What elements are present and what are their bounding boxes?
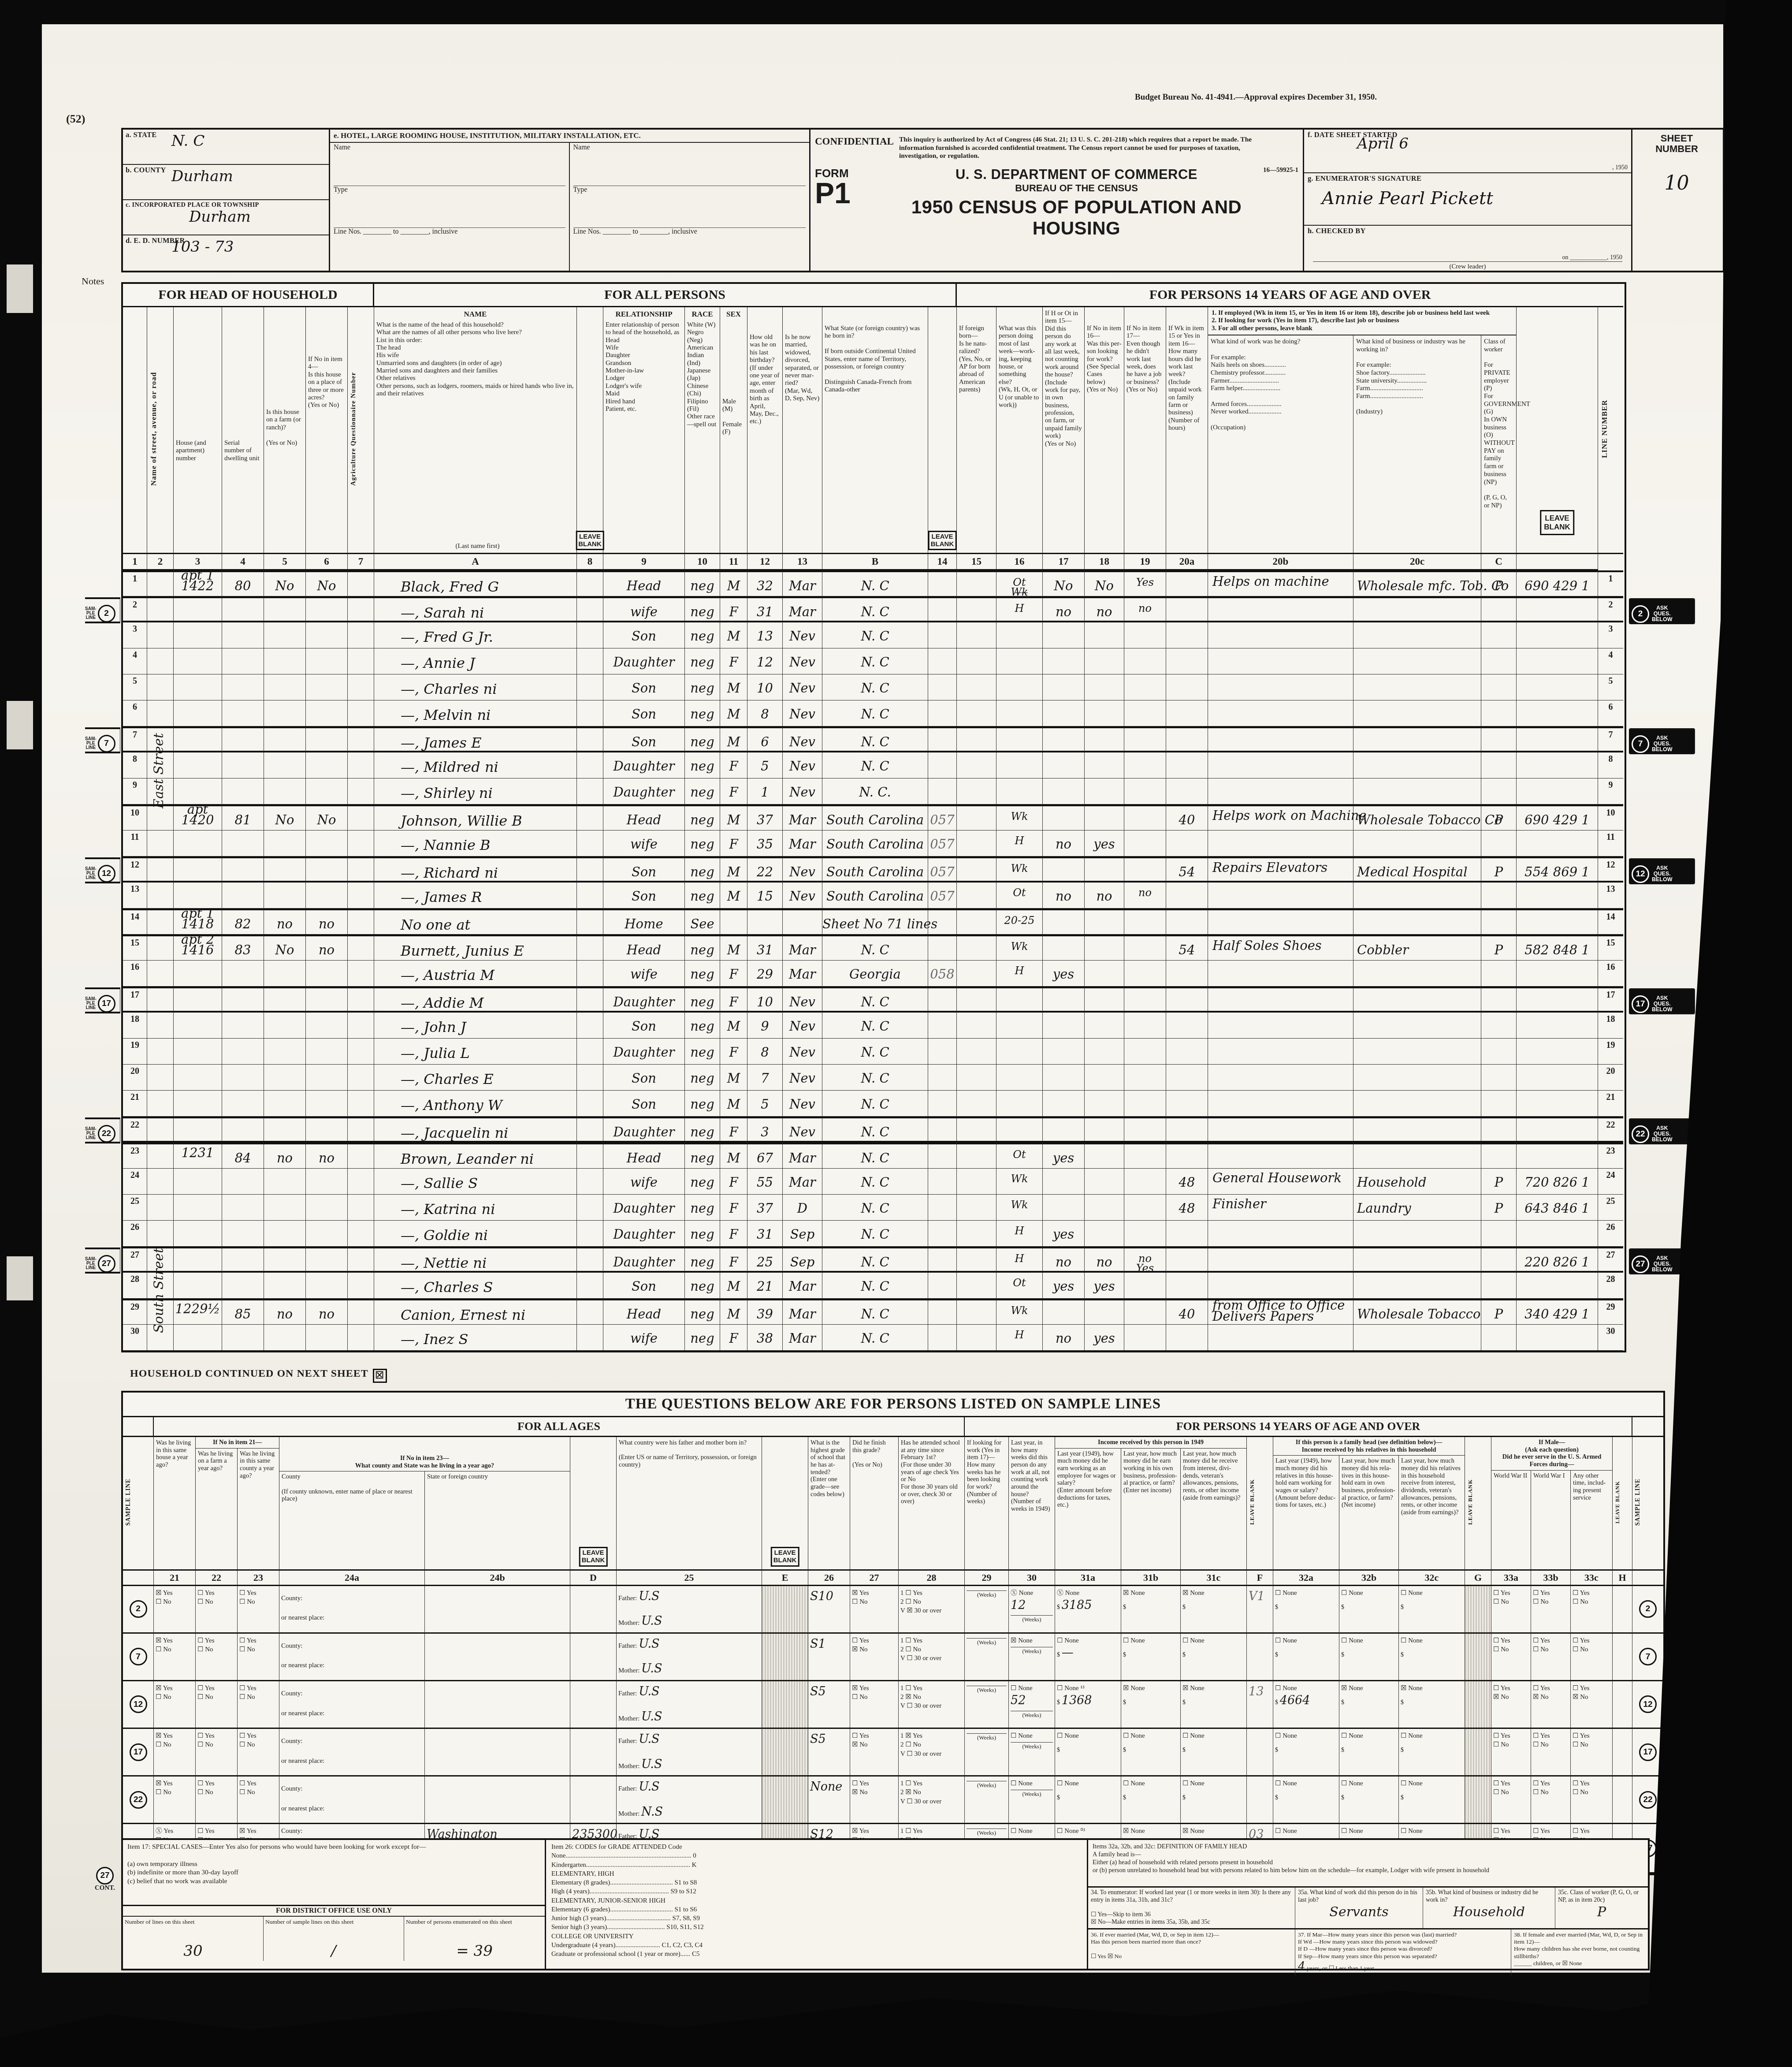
relationship-cell: Daughter	[603, 1117, 685, 1143]
s32c-cell: ☐ None$	[1399, 1729, 1465, 1777]
doing-cell: Ot W̶k̶	[996, 570, 1043, 596]
relationship-cell: Son	[603, 1273, 685, 1299]
leave-blank-b-cell: 057	[928, 804, 957, 831]
sE-cell	[762, 1777, 808, 1824]
sample-badge-left: 2	[123, 1586, 154, 1634]
column-number: 5	[264, 554, 306, 570]
office-code-cell: 643 846 1	[1517, 1195, 1598, 1221]
s23-cell: ☐ Yes ☐ No	[238, 1681, 279, 1729]
s30-cell: Ⓧ None12(Weeks)	[1009, 1586, 1055, 1634]
hasjob-cell	[1124, 1299, 1166, 1325]
industry-cell	[1353, 1221, 1481, 1247]
hours-cell	[1166, 622, 1208, 648]
sex-cell: F	[720, 1117, 747, 1143]
occupation-cell	[1208, 961, 1353, 987]
office-code-cell	[1517, 674, 1598, 700]
doing-cell	[996, 1013, 1043, 1039]
age-cell: 39	[747, 1299, 783, 1325]
agri-cell	[348, 596, 374, 622]
looking-cell	[1085, 1117, 1124, 1143]
ask-ques-number: 17	[1632, 995, 1649, 1013]
birthplace-cell: N. C	[822, 622, 928, 648]
line-number-left: 15	[123, 935, 147, 961]
doing-cell	[996, 778, 1043, 804]
sex-cell: M	[720, 857, 747, 883]
col-19: If Wk in item 15 or Yes in item 16— How …	[1166, 307, 1208, 554]
race-cell: neg	[685, 1039, 720, 1065]
looking-cell	[1085, 804, 1124, 831]
age-cell: 55	[747, 1169, 783, 1195]
hasjob-cell	[1124, 1013, 1166, 1039]
name-cell: No one at	[374, 909, 577, 935]
class-cell	[1481, 1221, 1517, 1247]
notes-label: Notes	[82, 276, 104, 287]
agri-cell	[348, 857, 374, 883]
column-number: 14	[928, 554, 957, 570]
leave-blank-a-cell	[577, 1325, 603, 1351]
sex-cell: M	[720, 726, 747, 752]
birthplace-cell: N. C	[822, 1013, 928, 1039]
marital-cell: Mar	[783, 1325, 822, 1351]
line-number-right: 29	[1598, 1299, 1623, 1325]
office-code-cell	[1517, 622, 1598, 648]
relationship-cell: Daughter	[603, 752, 685, 778]
scol-27: Did he finish this grade? (Yes or No)	[850, 1437, 899, 1571]
occupation-cell	[1208, 1273, 1353, 1299]
leave-blank-a-cell	[577, 700, 603, 726]
section-for-all-ages: FOR ALL AGES	[154, 1417, 965, 1437]
column-number: 15	[957, 554, 996, 570]
farm-cell	[264, 1039, 306, 1065]
agri-cell	[348, 883, 374, 909]
special-cases-note: Item 17: SPECIAL CASES—Enter Yes also fo…	[123, 1840, 545, 1906]
class-cell	[1481, 674, 1517, 700]
acres-cell	[306, 831, 348, 857]
naturalized-cell	[957, 883, 996, 909]
marital-cell: Nev	[783, 700, 822, 726]
col-C: LEAVE BLANK	[1517, 307, 1598, 554]
acres-cell	[306, 596, 348, 622]
street-cell	[147, 987, 174, 1013]
name-cell: —, Austria M	[374, 961, 577, 987]
street-cell	[147, 648, 174, 674]
office-code-cell	[1517, 726, 1598, 752]
name-cell: —, Sarah ni	[374, 596, 577, 622]
naturalized-cell	[957, 622, 996, 648]
sH-cell	[1613, 1777, 1632, 1824]
relationship-cell: wife	[603, 831, 685, 857]
hotel-type-label: Type	[334, 186, 565, 228]
leave-blank-a-cell	[577, 831, 603, 857]
relationship-cell: Son	[603, 1013, 685, 1039]
table-row: 14 apt 11418 82 no no No one at Home See…	[123, 909, 1625, 935]
item-35c: 35c. Class of worker (P, G, O, or NP, as…	[1555, 1888, 1648, 1928]
farm-cell	[264, 1117, 306, 1143]
section-titles: FOR HEAD OF HOUSEHOLD FOR ALL PERSONS FO…	[123, 284, 1625, 307]
age-cell: 38	[747, 1325, 783, 1351]
occupation-cell	[1208, 831, 1353, 857]
looking-cell	[1085, 1299, 1124, 1325]
date-value: April 6	[1357, 135, 1409, 153]
s22-cell: ☐ Yes ☐ No	[196, 1729, 238, 1777]
sex-cell: F	[720, 961, 747, 987]
leave-blank-a-cell	[577, 1039, 603, 1065]
col-17: If No in item 16— Was this per­son look­…	[1085, 307, 1124, 554]
occupation-cell: Helps on machine	[1208, 570, 1353, 596]
name-cell: —, Nettie ni	[374, 1247, 577, 1273]
sH-cell	[1613, 1586, 1632, 1634]
doing-cell: Wk	[996, 935, 1043, 961]
ask-ques-number: 2	[1632, 605, 1649, 623]
s32a-cell: ☐ None$	[1273, 1729, 1339, 1777]
age-cell: 6	[747, 726, 783, 752]
line-number-left: 14	[123, 909, 147, 935]
s25-cell: Father: U.S Mother: N.S	[617, 1777, 762, 1824]
col-line-right: LINE NUMBER	[1598, 307, 1623, 554]
hours-cell	[1166, 700, 1208, 726]
race-cell: neg	[685, 935, 720, 961]
leave-blank-b-cell	[928, 987, 957, 1013]
line-number-right: 8	[1598, 752, 1623, 778]
line-number-right: 22	[1598, 1117, 1623, 1143]
table-row: 23 1231 84 no no Brown, Leander ni Head …	[123, 1143, 1625, 1169]
hasjob-cell	[1124, 1091, 1166, 1117]
agri-cell	[348, 961, 374, 987]
table-row: 17 —, Addie M Daughter neg F 10 Nev N. C	[123, 987, 1625, 1013]
birthplace-cell: Sheet No 71 lines	[822, 909, 928, 935]
name-cell: Canion, Ernest ni	[374, 1299, 577, 1325]
relationship-cell: Daughter	[603, 1195, 685, 1221]
section-14-and-over: FOR PERSONS 14 YEARS OF AGE AND OVER	[957, 284, 1623, 307]
farm-cell	[264, 1195, 306, 1221]
class-cell	[1481, 831, 1517, 857]
worked-cell: No	[1043, 570, 1085, 596]
worked-cell	[1043, 1013, 1085, 1039]
household-continued: HOUSEHOLD CONTINUED ON NEXT SHEET☒	[130, 1368, 387, 1383]
s30-cell: ☐ None(Weeks)	[1009, 1777, 1055, 1824]
occupation-cell	[1208, 1065, 1353, 1091]
form-header: a. STATE N. C b. COUNTY Durham c. INCORP…	[121, 128, 1725, 272]
age-cell: 15	[747, 883, 783, 909]
sex-cell: M	[720, 1143, 747, 1169]
s32c-cell: ☐ None$	[1399, 1586, 1465, 1634]
relationship-cell: Son	[603, 883, 685, 909]
line-number-right: 18	[1598, 1013, 1623, 1039]
county-label: b. COUNTY	[126, 166, 166, 174]
hours-cell	[1166, 674, 1208, 700]
sex-cell: F	[720, 1325, 747, 1351]
leave-blank-b-cell	[928, 1325, 957, 1351]
s25-cell: Father: U.S Mother: U.S	[617, 1634, 762, 1681]
hasjob-cell	[1124, 752, 1166, 778]
column-number: 10	[685, 554, 720, 570]
naturalized-cell	[957, 596, 996, 622]
line-number-left: 5	[123, 674, 147, 700]
race-cell: neg	[685, 648, 720, 674]
hours-cell	[1166, 831, 1208, 857]
relationship-cell: wife	[603, 961, 685, 987]
line-number-right: 5	[1598, 674, 1623, 700]
item-34: 34. To enumerator: If worked last year (…	[1088, 1888, 1295, 1928]
relationship-cell: Head	[603, 804, 685, 831]
sex-cell: M	[720, 1065, 747, 1091]
age-cell: 37	[747, 804, 783, 831]
looking-cell	[1085, 700, 1124, 726]
naturalized-cell	[957, 700, 996, 726]
birthplace-cell: N. C	[822, 1273, 928, 1299]
ask-ques-number: 27	[1632, 1255, 1649, 1273]
hasjob-cell: Yes	[1124, 570, 1166, 596]
col-age: How old was he on his last birth­day? (I…	[747, 307, 783, 554]
serial-cell	[222, 1325, 264, 1351]
birthplace-cell: N. C	[822, 987, 928, 1013]
relationship-cell: Daughter	[603, 1221, 685, 1247]
relationship-cell: Head	[603, 935, 685, 961]
naturalized-cell	[957, 909, 996, 935]
hours-cell	[1166, 1325, 1208, 1351]
relationship-cell: Son	[603, 857, 685, 883]
scol-income-self-group: Income received by this person in 1949 L…	[1055, 1437, 1247, 1571]
line-number-right: 10	[1598, 804, 1623, 831]
s26-cell: S1	[808, 1634, 850, 1681]
column-number: 20b	[1208, 554, 1353, 570]
age-cell: 10	[747, 674, 783, 700]
industry-cell	[1353, 778, 1481, 804]
scol-33b: World War I	[1531, 1471, 1571, 1569]
relationship-cell: Daughter	[603, 778, 685, 804]
name-cell: —, Inez S	[374, 1325, 577, 1351]
race-cell: neg	[685, 1195, 720, 1221]
occupation-cell	[1208, 752, 1353, 778]
line-number-right: 21	[1598, 1091, 1623, 1117]
house-cell	[174, 752, 222, 778]
line-number-right: 25	[1598, 1195, 1623, 1221]
office-code-cell	[1517, 1065, 1598, 1091]
table-row: 25 —, Katrina ni Daughter neg F 37 D N. …	[123, 1195, 1625, 1221]
relationship-cell: Son	[603, 1091, 685, 1117]
leave-blank-b-cell	[928, 1221, 957, 1247]
leave-blank-b-cell	[928, 1039, 957, 1065]
naturalized-cell	[957, 1325, 996, 1351]
naturalized-cell	[957, 1143, 996, 1169]
s24b-cell	[425, 1777, 570, 1824]
s31a-cell: Ⓧ None$ 3185	[1055, 1586, 1121, 1634]
line-number-left: 3	[123, 622, 147, 648]
acres-cell: No	[306, 804, 348, 831]
race-cell: neg	[685, 700, 720, 726]
col-18: If No in item 17— Even though he didn't …	[1124, 307, 1166, 554]
doing-cell	[996, 726, 1043, 752]
sheet-number-label: SHEET NUMBER	[1632, 133, 1721, 154]
house-cell	[174, 1065, 222, 1091]
column-number: 19	[1124, 554, 1166, 570]
worked-cell	[1043, 987, 1085, 1013]
hasjob-cell	[1124, 674, 1166, 700]
leave-blank-a-cell	[577, 1247, 603, 1273]
looking-cell: no	[1085, 1247, 1124, 1273]
marital-cell: Mar	[783, 570, 822, 596]
leave-blank-b-cell	[928, 726, 957, 752]
marital-cell: Nev	[783, 857, 822, 883]
scol-32c: Last year, how much money did his relati…	[1399, 1456, 1465, 1569]
acres-cell	[306, 987, 348, 1013]
looking-cell	[1085, 622, 1124, 648]
s33c-cell: ☐ Yes ☐ No	[1571, 1634, 1613, 1681]
sex-cell: F	[720, 648, 747, 674]
naturalized-cell	[957, 1273, 996, 1299]
race-cell: neg	[685, 961, 720, 987]
industry-cell	[1353, 1013, 1481, 1039]
s32b-cell: ☐ None$	[1339, 1586, 1399, 1634]
farm-cell	[264, 1325, 306, 1351]
doing-cell	[996, 622, 1043, 648]
line-number-right: 14	[1598, 909, 1623, 935]
sex-cell: F	[720, 1247, 747, 1273]
agri-cell	[348, 726, 374, 752]
looking-cell	[1085, 909, 1124, 935]
date-year: , 1950	[1612, 164, 1628, 171]
age-cell: 13	[747, 622, 783, 648]
worked-cell	[1043, 1117, 1085, 1143]
office-code-cell	[1517, 752, 1598, 778]
ask-ques-number: 12	[1632, 865, 1649, 883]
birthplace-cell: N. C	[822, 674, 928, 700]
table-row: 4 —, Annie J Daughter neg F 12 Nev N. C	[123, 648, 1625, 674]
agri-cell	[348, 622, 374, 648]
leave-blank-a-cell	[577, 883, 603, 909]
table-row: 30 —, Inez S wife neg F 38 Mar N. C	[123, 1325, 1625, 1351]
class-cell	[1481, 1065, 1517, 1091]
age-cell: 35	[747, 831, 783, 857]
occupation-cell	[1208, 1247, 1353, 1273]
ask-ques-badge: 12ASK QUES. BELOW	[1629, 858, 1695, 884]
scol-F: LEAVE BLANK	[1247, 1437, 1273, 1571]
occupation-cell: Helps work on Machine	[1208, 804, 1353, 831]
industry-cell	[1353, 883, 1481, 909]
worked-cell	[1043, 1091, 1085, 1117]
leave-blank-a-cell	[577, 648, 603, 674]
line-number-right: 13	[1598, 883, 1623, 909]
column-number: B	[822, 554, 928, 570]
acres-cell	[306, 674, 348, 700]
farm-cell: No	[264, 935, 306, 961]
column-number: 11	[720, 554, 747, 570]
race-cell: neg	[685, 778, 720, 804]
s30-cell: ☒ None(Weeks)	[1009, 1634, 1055, 1681]
leave-blank-b-cell	[928, 648, 957, 674]
doing-cell: 20-25	[996, 909, 1043, 935]
line-number-right: 28	[1598, 1273, 1623, 1299]
ask-ques-badge: 22ASK QUES. BELOW	[1629, 1118, 1695, 1144]
occupation-cell	[1208, 674, 1353, 700]
s21-cell: ☒ Yes ☐ No	[154, 1777, 196, 1824]
industry-cell	[1353, 987, 1481, 1013]
street-cell	[147, 622, 174, 648]
industry-cell: Household	[1353, 1169, 1481, 1195]
sex-cell: M	[720, 1273, 747, 1299]
scol-31a: Last year (1949), how much money did he …	[1055, 1449, 1121, 1569]
naturalized-cell	[957, 778, 996, 804]
farm-cell	[264, 674, 306, 700]
acres-cell: no	[306, 935, 348, 961]
naturalized-cell	[957, 987, 996, 1013]
leave-blank-a-cell	[577, 804, 603, 831]
house-cell	[174, 1221, 222, 1247]
hours-cell	[1166, 726, 1208, 752]
relationship-cell: Daughter	[603, 1039, 685, 1065]
street-cell	[147, 596, 174, 622]
hours-cell	[1166, 1117, 1208, 1143]
house-cell	[174, 1091, 222, 1117]
sample-line-badge-left: SAM- PLE LINE2	[85, 597, 120, 623]
name-cell: —, Melvin ni	[374, 700, 577, 726]
line-number-left: 16	[123, 961, 147, 987]
marital-cell: Nev	[783, 1091, 822, 1117]
serial-cell	[222, 1195, 264, 1221]
place-value: Durham	[189, 208, 251, 226]
s33c-cell: ☐ Yes ☒ No	[1571, 1681, 1613, 1729]
col-street: Name of street, avenue, or road	[147, 307, 174, 554]
sex-cell: M	[720, 1299, 747, 1325]
marital-cell: Nev	[783, 778, 822, 804]
occupation-cell	[1208, 778, 1353, 804]
race-cell: neg	[685, 1169, 720, 1195]
leave-blank-a-cell	[577, 909, 603, 935]
s26-cell: S5	[808, 1729, 850, 1777]
sample-line-badge-left: SAM- PLE LINE27	[85, 1248, 120, 1274]
leave-blank-a-cell	[577, 857, 603, 883]
serial-cell: 83	[222, 935, 264, 961]
house-cell: 1229½	[174, 1299, 222, 1325]
hasjob-cell: no	[1124, 883, 1166, 909]
s33c-cell: ☐ Yes ☐ No	[1571, 1777, 1613, 1824]
race-cell: neg	[685, 804, 720, 831]
hasjob-cell	[1124, 1143, 1166, 1169]
scol-33a: World War II	[1491, 1471, 1531, 1569]
looking-cell	[1085, 752, 1124, 778]
marital-cell: Nev	[783, 1039, 822, 1065]
relationship-cell: Daughter	[603, 648, 685, 674]
agri-cell	[348, 1091, 374, 1117]
doing-cell	[996, 1117, 1043, 1143]
class-cell	[1481, 1247, 1517, 1273]
street-cell	[147, 674, 174, 700]
leave-blank-a-cell	[577, 1091, 603, 1117]
acres-cell	[306, 700, 348, 726]
marital-cell: Nev	[783, 752, 822, 778]
serial-cell	[222, 1013, 264, 1039]
street-cell	[147, 1221, 174, 1247]
relationship-cell: Head	[603, 570, 685, 596]
class-cell	[1481, 700, 1517, 726]
birthplace-cell: N. C	[822, 700, 928, 726]
serial-cell	[222, 1091, 264, 1117]
office-code-cell	[1517, 648, 1598, 674]
column-number: C	[1481, 554, 1517, 570]
family-head-definition: Items 32a, 32b, and 32c: DEFINITION OF F…	[1088, 1840, 1648, 1888]
agri-cell	[348, 804, 374, 831]
serial-cell	[222, 700, 264, 726]
sample-badge-left: 17	[123, 1729, 154, 1777]
line-number-left: 30	[123, 1325, 147, 1351]
naturalized-cell	[957, 1039, 996, 1065]
marital-cell: Nev	[783, 883, 822, 909]
office-code-cell	[1517, 596, 1598, 622]
agri-cell	[348, 1325, 374, 1351]
acres-cell	[306, 778, 348, 804]
industry-cell	[1353, 622, 1481, 648]
doing-cell: H	[996, 831, 1043, 857]
